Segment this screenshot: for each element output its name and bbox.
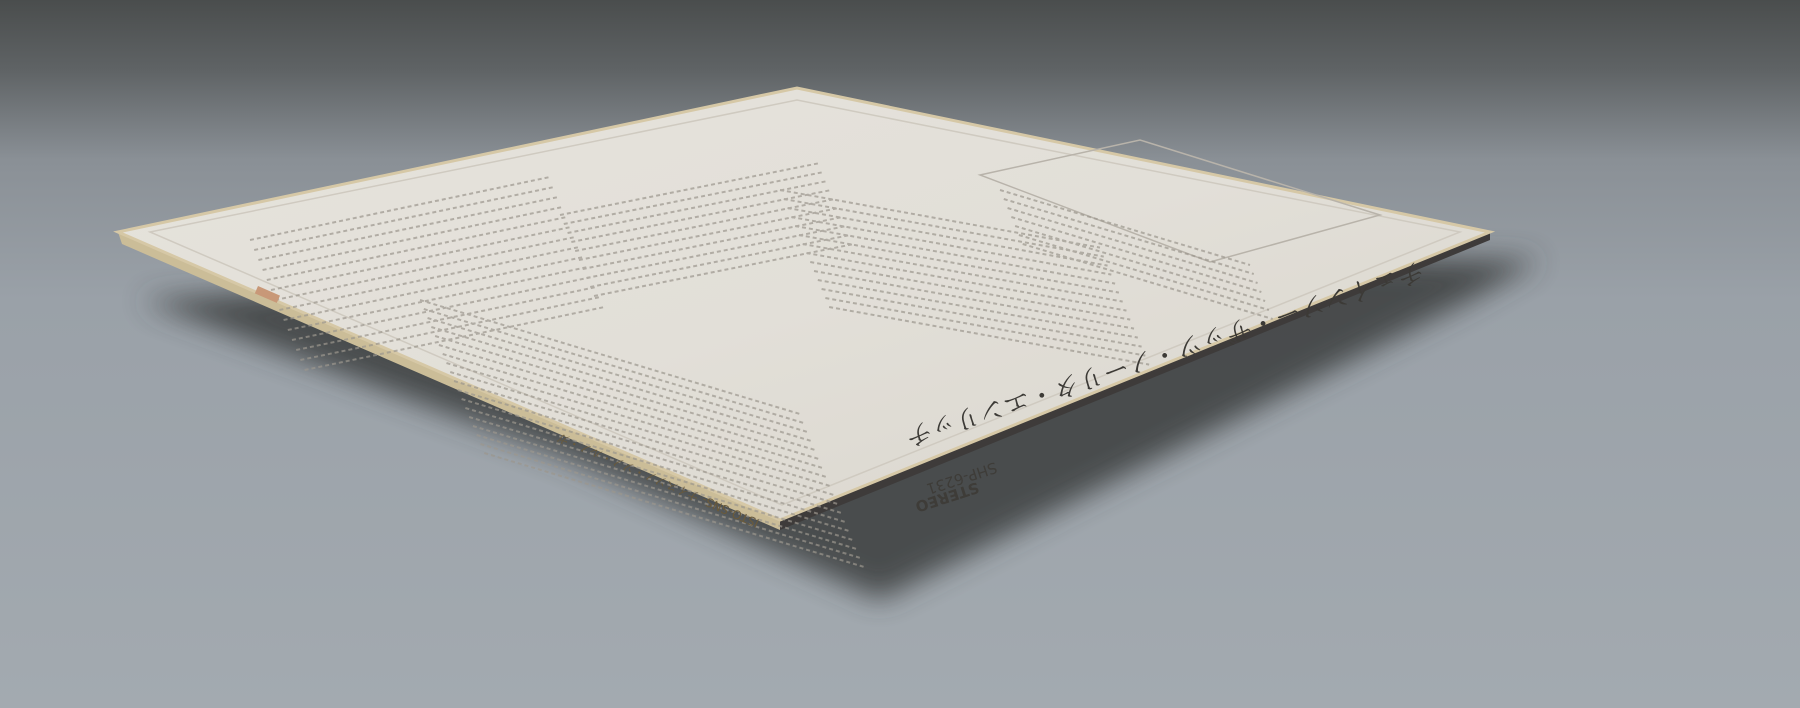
- record-jacket-illustration: チェインソー・ザッツ・ノーリタ・エンリッチ STEREO SHP-6231 IS…: [0, 0, 1800, 708]
- photo-scene: チェインソー・ザッツ・ノーリタ・エンリッチ STEREO SHP-6231 IS…: [0, 0, 1800, 708]
